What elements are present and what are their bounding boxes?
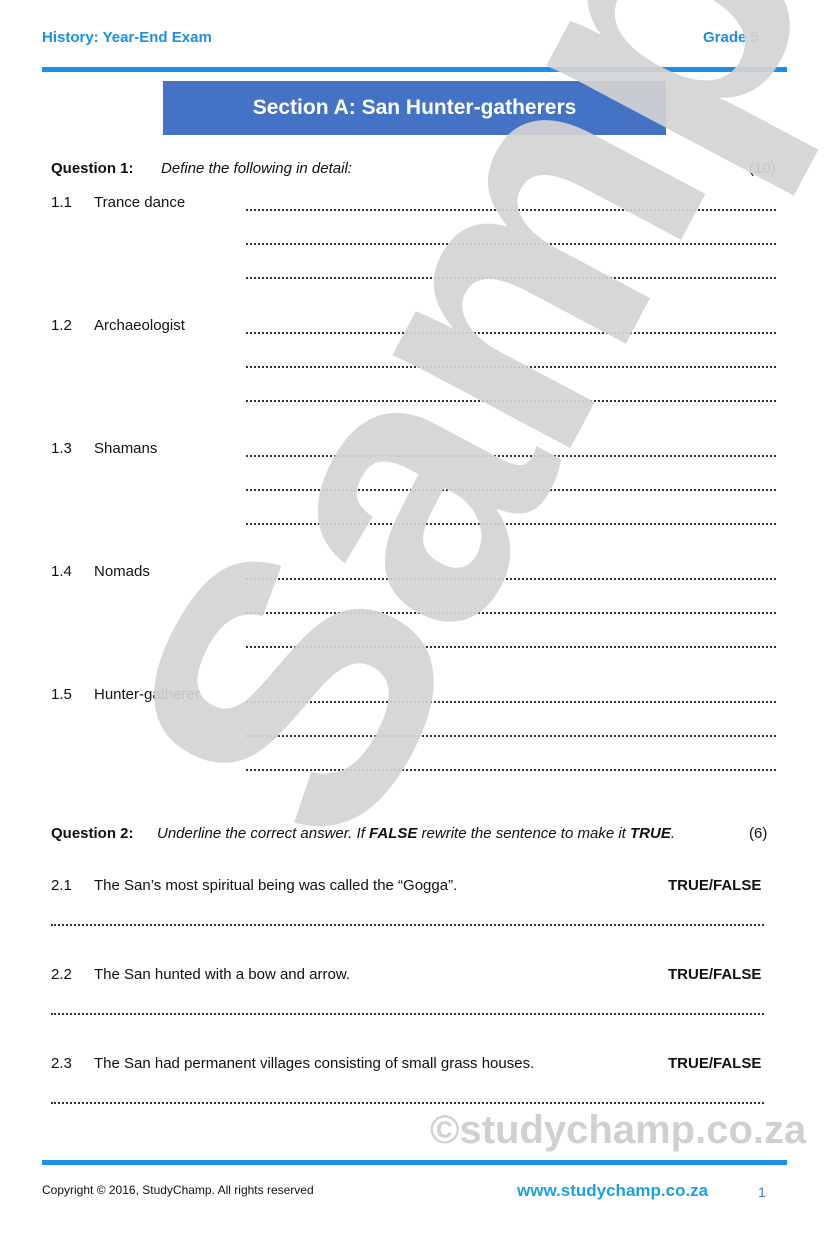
q1-item-term: Archaeologist xyxy=(94,317,185,334)
answer-line[interactable] xyxy=(51,924,764,926)
q2-item-statement: The San hunted with a bow and arrow. xyxy=(94,966,350,983)
q1-item-number: 1.2 xyxy=(51,317,72,334)
answer-line[interactable] xyxy=(51,1102,764,1104)
q1-item-number: 1.4 xyxy=(51,563,72,580)
true-false-choice[interactable]: TRUE/FALSE xyxy=(668,966,761,983)
true-false-choice[interactable]: TRUE/FALSE xyxy=(668,877,761,894)
q1-item-term: Trance dance xyxy=(94,194,185,211)
copyright-watermark: ©studychamp.co.za xyxy=(430,1108,806,1153)
true-false-choice[interactable]: TRUE/FALSE xyxy=(668,1055,761,1072)
q1-item-number: 1.3 xyxy=(51,440,72,457)
footer-copyright: Copyright © 2016, StudyChamp. All rights… xyxy=(42,1183,314,1197)
q2-marks: (6) xyxy=(749,825,767,842)
q2-item-number: 2.2 xyxy=(51,966,72,983)
answer-line[interactable] xyxy=(51,1013,764,1015)
q2-item-statement: The San had permanent villages consistin… xyxy=(94,1055,534,1072)
q1-item-term: Shamans xyxy=(94,440,157,457)
footer-url[interactable]: www.studychamp.co.za xyxy=(517,1181,708,1201)
q1-item-number: 1.1 xyxy=(51,194,72,211)
exam-title: History: Year-End Exam xyxy=(42,29,212,46)
footer-rule xyxy=(42,1160,787,1165)
q2-label: Question 2: xyxy=(51,825,134,842)
q1-label: Question 1: xyxy=(51,160,134,177)
q2-item-number: 2.3 xyxy=(51,1055,72,1072)
q2-item-number: 2.1 xyxy=(51,877,72,894)
page-number: 1 xyxy=(758,1184,766,1200)
